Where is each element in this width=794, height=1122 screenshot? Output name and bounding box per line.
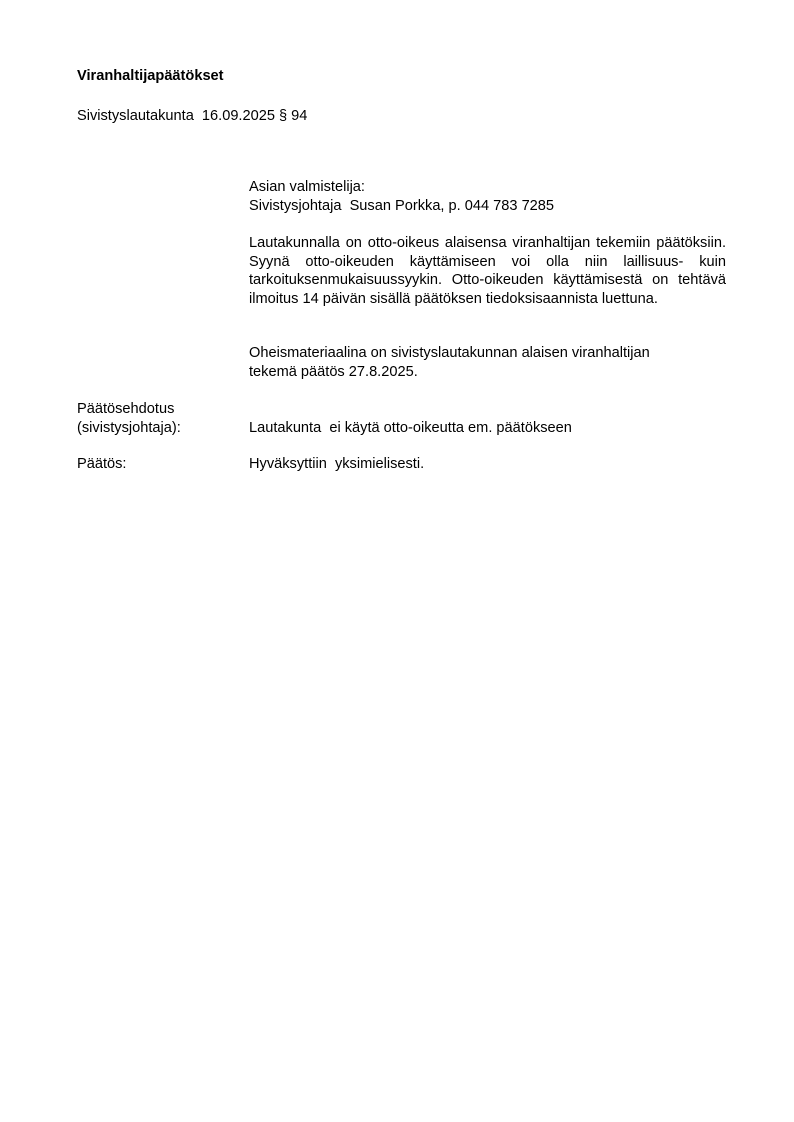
document-heading: Viranhaltijapäätökset (77, 67, 224, 86)
preparer-label: Asian valmistelija: (249, 178, 726, 197)
body-paragraph-1: Lautakunnalla on otto-oikeus alaisensa v… (249, 234, 726, 308)
decision-label: Päätös: (77, 455, 127, 474)
meeting-reference: Sivistyslautakunta 16.09.2025 § 94 (77, 107, 307, 126)
proposal-label-line1: Päätösehdotus (77, 400, 181, 419)
preparer-value: Sivistysjohtaja Susan Porkka, p. 044 783… (249, 197, 726, 216)
proposal-label-line2: (sivistysjohtaja): (77, 419, 181, 438)
decision-value-block: Hyväksyttiin yksimielisesti. (249, 455, 726, 474)
decision-value: Hyväksyttiin yksimielisesti. (249, 455, 726, 474)
decision-label-block: Päätös: (77, 455, 127, 474)
paragraph-otto-oikeus: Lautakunnalla on otto-oikeus alaisensa v… (249, 234, 726, 308)
proposal-value: Lautakunta ei käytä otto-oikeutta em. pä… (249, 419, 726, 438)
body-paragraph-2: Oheismateriaalina on sivistyslautakunnan… (249, 344, 699, 381)
proposal-label: Päätösehdotus (sivistysjohtaja): (77, 400, 181, 437)
preparer-block: Asian valmistelija: Sivistysjohtaja Susa… (249, 178, 726, 215)
paragraph-oheismateriaali: Oheismateriaalina on sivistyslautakunnan… (249, 344, 699, 381)
proposal-value-block: Lautakunta ei käytä otto-oikeutta em. pä… (249, 419, 726, 438)
